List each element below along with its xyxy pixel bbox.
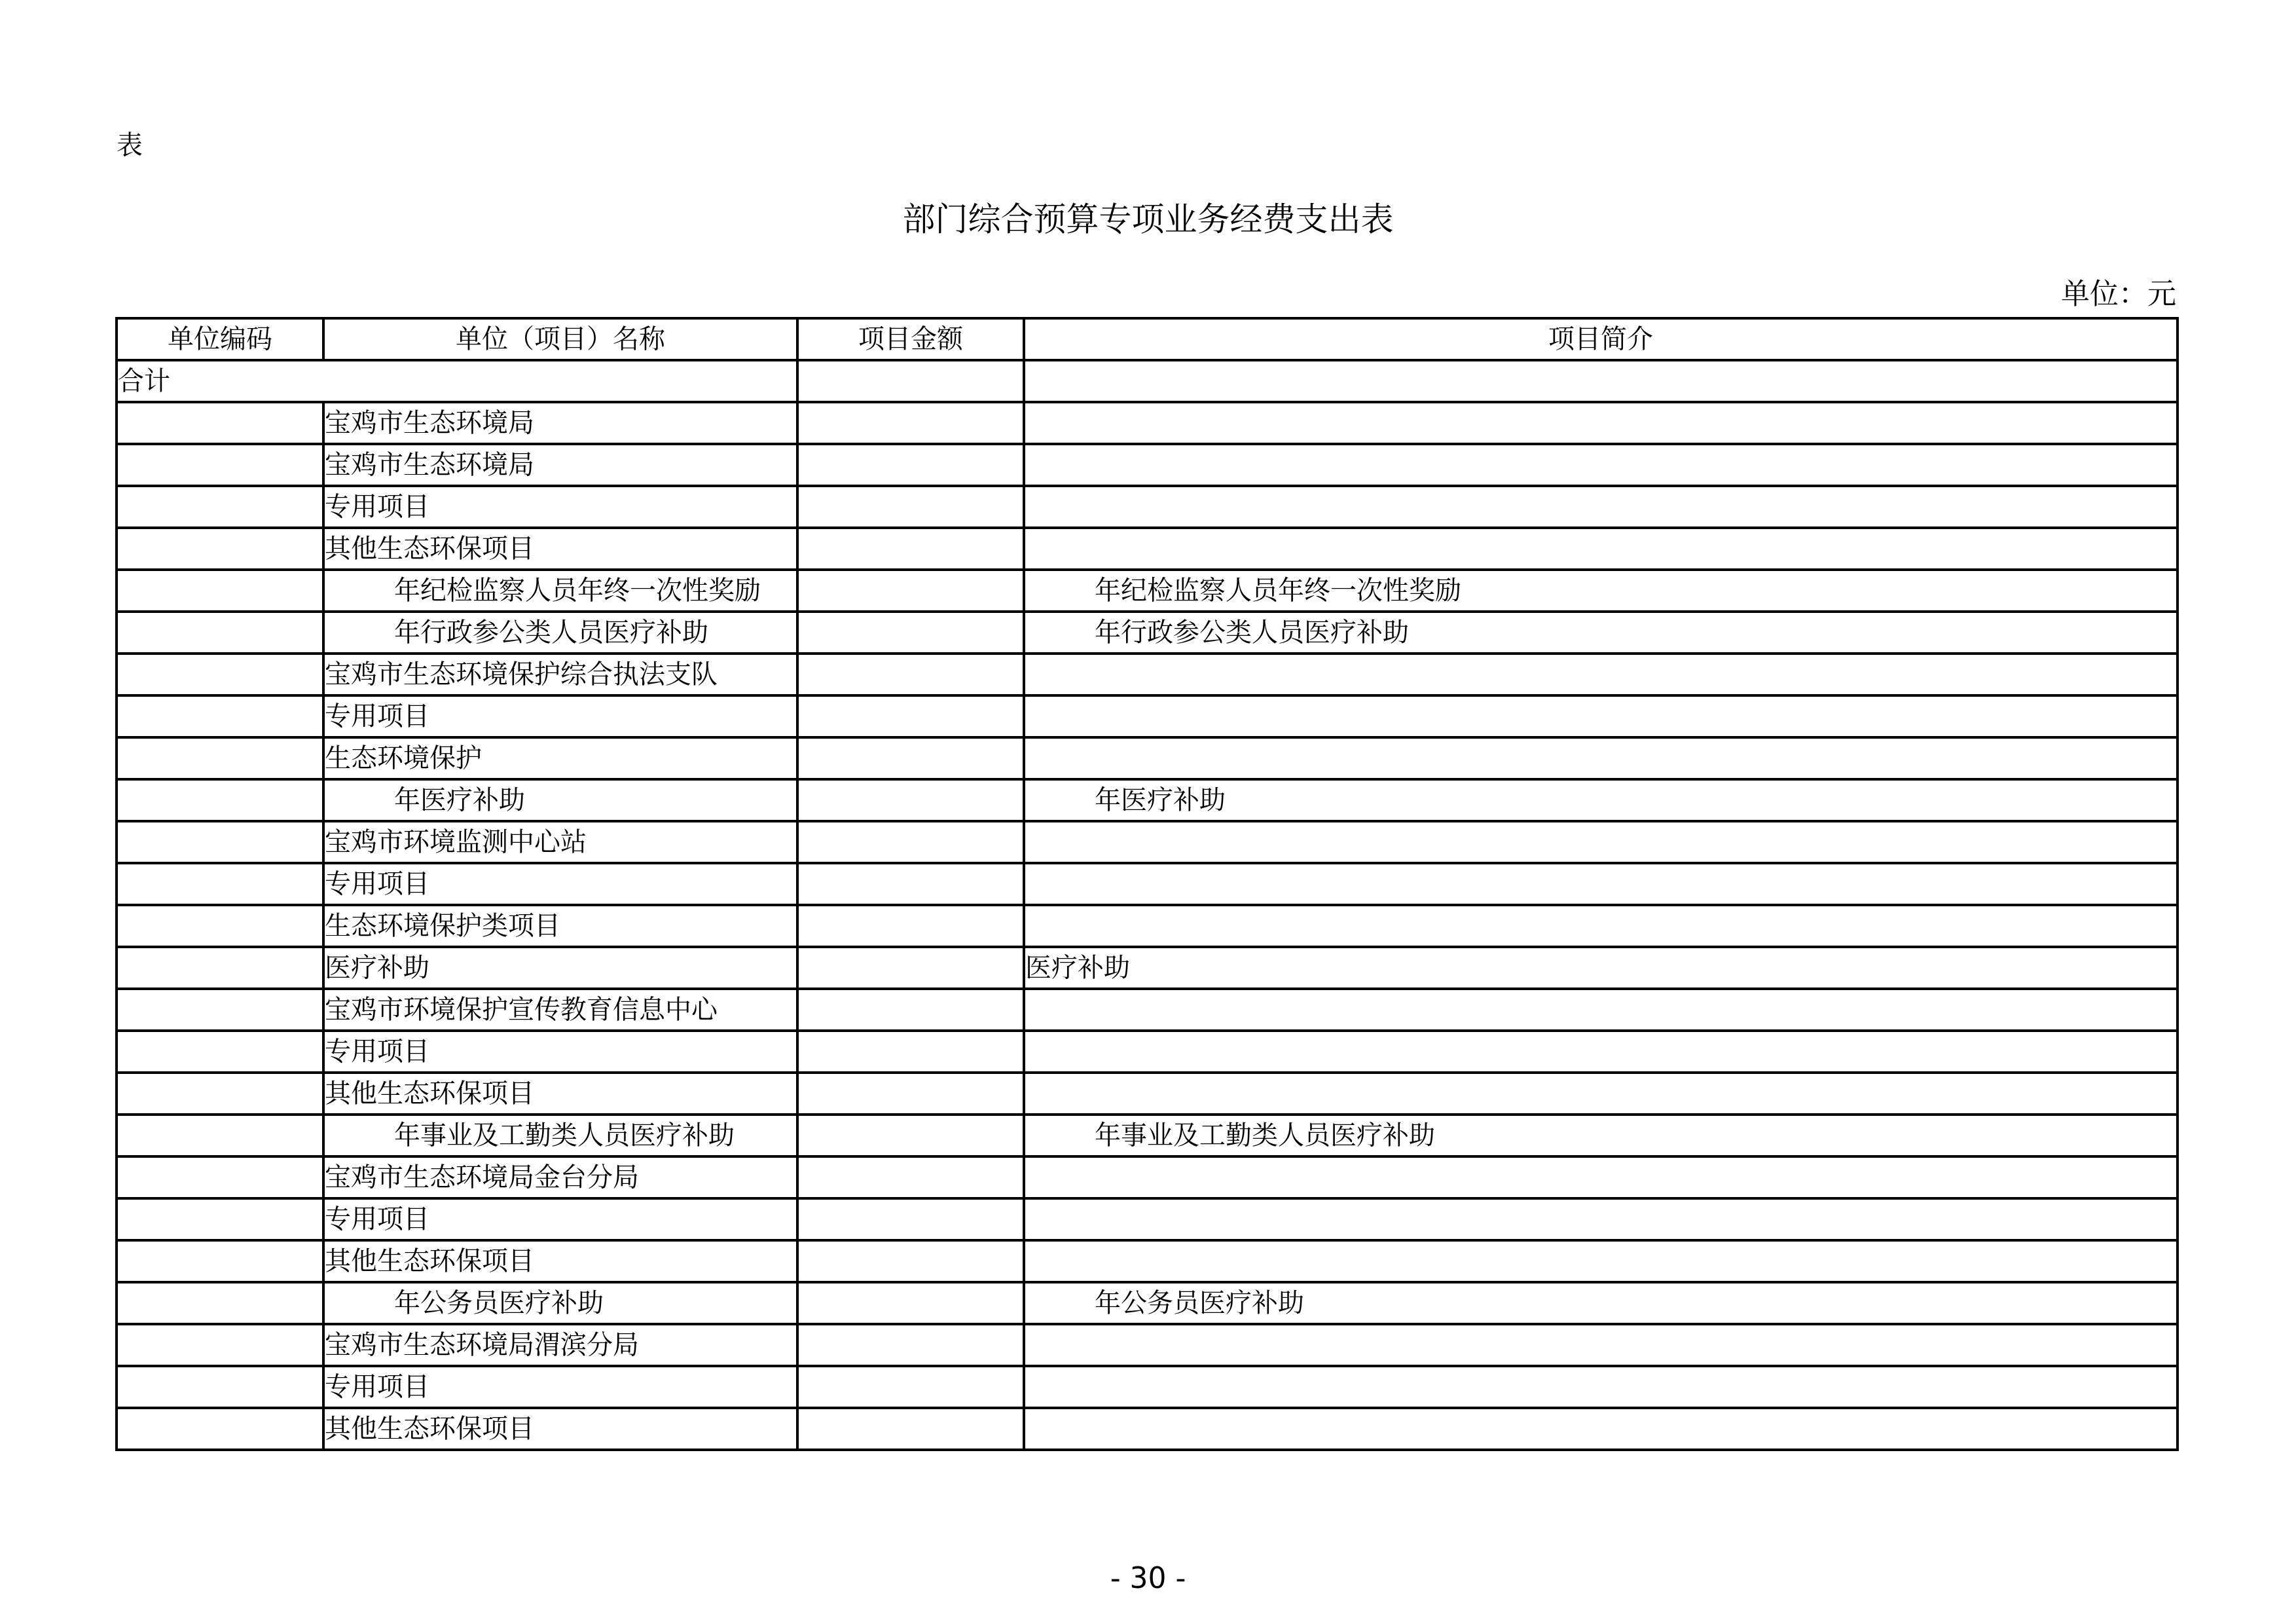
table-prefix-label: 表	[117, 131, 143, 160]
table-row: 宝鸡市生态环境局	[117, 402, 2178, 444]
unit-name-cell: 专用项目	[323, 695, 797, 737]
page-number: - 30 -	[0, 1562, 2296, 1595]
description-cell	[1024, 1240, 2178, 1282]
table-row: 年事业及工勤类人员医疗补助年事业及工勤类人员医疗补助	[117, 1115, 2178, 1156]
unit-code-cell	[117, 821, 323, 863]
unit-code-cell	[117, 947, 323, 989]
unit-name-cell: 专用项目	[323, 1366, 797, 1408]
unit-name-cell: 宝鸡市生态环境局	[323, 402, 797, 444]
unit-code-cell	[117, 1240, 323, 1282]
unit-code-cell	[117, 1031, 323, 1073]
unit-name-cell: 宝鸡市环境监测中心站	[323, 821, 797, 863]
amount-cell	[797, 1282, 1024, 1324]
description-cell: 年医疗补助	[1024, 779, 2178, 821]
description-cell	[1024, 989, 2178, 1031]
unit-code-cell	[117, 989, 323, 1031]
amount-cell	[797, 779, 1024, 821]
table-row: 年公务员医疗补助年公务员医疗补助	[117, 1282, 2178, 1324]
table-row: 其他生态环保项目	[117, 1073, 2178, 1115]
table-row: 专用项目	[117, 1366, 2178, 1408]
amount-cell	[797, 695, 1024, 737]
description-cell	[1024, 1408, 2178, 1450]
unit-name-cell: 年事业及工勤类人员医疗补助	[323, 1115, 797, 1156]
unit-code-cell	[117, 1282, 323, 1324]
amount-cell	[797, 737, 1024, 779]
unit-code-cell	[117, 1324, 323, 1366]
total-amount	[797, 360, 1024, 402]
unit-name-cell: 其他生态环保项目	[323, 1240, 797, 1282]
amount-cell	[797, 1198, 1024, 1240]
table-row: 专用项目	[117, 1198, 2178, 1240]
unit-name-cell: 专用项目	[323, 863, 797, 905]
unit-code-cell	[117, 1408, 323, 1450]
unit-name-cell: 宝鸡市环境保护宣传教育信息中心	[323, 989, 797, 1031]
unit-name-cell: 其他生态环保项目	[323, 528, 797, 570]
amount-cell	[797, 402, 1024, 444]
table-row: 专用项目	[117, 1031, 2178, 1073]
description-cell	[1024, 1031, 2178, 1073]
unit-code-cell	[117, 1366, 323, 1408]
amount-cell	[797, 570, 1024, 612]
budget-table: 单位编码 单位（项目）名称 项目金额 项目简介 合计 宝鸡市生态环境局宝鸡市生态…	[115, 317, 2179, 1451]
unit-name-cell: 宝鸡市生态环境局	[323, 444, 797, 486]
unit-code-cell	[117, 1198, 323, 1240]
description-cell	[1024, 1156, 2178, 1198]
description-cell: 年纪检监察人员年终一次性奖励	[1024, 570, 2178, 612]
description-cell	[1024, 1073, 2178, 1115]
unit-code-cell	[117, 905, 323, 947]
unit-name-cell: 宝鸡市生态环境局金台分局	[323, 1156, 797, 1198]
table-row: 年医疗补助年医疗补助	[117, 779, 2178, 821]
table-row: 宝鸡市环境监测中心站	[117, 821, 2178, 863]
description-cell: 年行政参公类人员医疗补助	[1024, 612, 2178, 654]
table-row: 宝鸡市环境保护宣传教育信息中心	[117, 989, 2178, 1031]
amount-cell	[797, 1115, 1024, 1156]
total-row: 合计	[117, 360, 2178, 402]
table-row: 其他生态环保项目	[117, 528, 2178, 570]
amount-cell	[797, 1408, 1024, 1450]
unit-name-cell: 医疗补助	[323, 947, 797, 989]
description-cell	[1024, 1366, 2178, 1408]
table-row: 宝鸡市生态环境局金台分局	[117, 1156, 2178, 1198]
table-row: 宝鸡市生态环境保护综合执法支队	[117, 654, 2178, 695]
unit-code-cell	[117, 486, 323, 528]
table-row: 生态环境保护类项目	[117, 905, 2178, 947]
table-row: 其他生态环保项目	[117, 1240, 2178, 1282]
unit-code-cell	[117, 695, 323, 737]
unit-code-cell	[117, 528, 323, 570]
table-row: 医疗补助医疗补助	[117, 947, 2178, 989]
unit-name-cell: 其他生态环保项目	[323, 1073, 797, 1115]
unit-code-cell	[117, 612, 323, 654]
unit-name-cell: 专用项目	[323, 486, 797, 528]
amount-cell	[797, 821, 1024, 863]
header-unit-name: 单位（项目）名称	[323, 318, 797, 360]
description-cell	[1024, 654, 2178, 695]
unit-code-cell	[117, 1156, 323, 1198]
unit-name-cell: 其他生态环保项目	[323, 1408, 797, 1450]
unit-name-cell: 年行政参公类人员医疗补助	[323, 612, 797, 654]
amount-cell	[797, 1324, 1024, 1366]
table-row: 专用项目	[117, 863, 2178, 905]
description-cell	[1024, 402, 2178, 444]
unit-name-cell: 宝鸡市生态环境局渭滨分局	[323, 1324, 797, 1366]
unit-code-cell	[117, 779, 323, 821]
table-header-row: 单位编码 单位（项目）名称 项目金额 项目简介	[117, 318, 2178, 360]
amount-cell	[797, 905, 1024, 947]
description-cell	[1024, 1324, 2178, 1366]
description-cell	[1024, 863, 2178, 905]
description-cell	[1024, 821, 2178, 863]
total-label: 合计	[117, 360, 797, 402]
amount-cell	[797, 612, 1024, 654]
table-row: 专用项目	[117, 486, 2178, 528]
unit-name-cell: 年医疗补助	[323, 779, 797, 821]
description-cell	[1024, 486, 2178, 528]
total-description	[1024, 360, 2178, 402]
amount-cell	[797, 1073, 1024, 1115]
unit-name-cell: 年公务员医疗补助	[323, 1282, 797, 1324]
description-cell: 年公务员医疗补助	[1024, 1282, 2178, 1324]
unit-name-cell: 宝鸡市生态环境保护综合执法支队	[323, 654, 797, 695]
table-row: 年行政参公类人员医疗补助年行政参公类人员医疗补助	[117, 612, 2178, 654]
amount-cell	[797, 1156, 1024, 1198]
unit-name-cell: 专用项目	[323, 1031, 797, 1073]
description-cell	[1024, 1198, 2178, 1240]
unit-code-cell	[117, 737, 323, 779]
unit-code-cell	[117, 654, 323, 695]
header-description: 项目简介	[1024, 318, 2178, 360]
page-title: 部门综合预算专项业务经费支出表	[0, 200, 2296, 239]
description-cell	[1024, 905, 2178, 947]
amount-cell	[797, 654, 1024, 695]
unit-code-cell	[117, 1073, 323, 1115]
header-unit-code: 单位编码	[117, 318, 323, 360]
table-row: 生态环境保护	[117, 737, 2178, 779]
table-row: 专用项目	[117, 695, 2178, 737]
unit-name-cell: 生态环境保护类项目	[323, 905, 797, 947]
unit-code-cell	[117, 444, 323, 486]
amount-cell	[797, 1240, 1024, 1282]
unit-name-cell: 生态环境保护	[323, 737, 797, 779]
amount-cell	[797, 444, 1024, 486]
description-cell	[1024, 528, 2178, 570]
amount-cell	[797, 1031, 1024, 1073]
amount-cell	[797, 989, 1024, 1031]
amount-cell	[797, 1366, 1024, 1408]
unit-label: 单位：元	[2061, 276, 2176, 313]
description-cell	[1024, 737, 2178, 779]
amount-cell	[797, 486, 1024, 528]
table-row: 宝鸡市生态环境局渭滨分局	[117, 1324, 2178, 1366]
description-cell: 医疗补助	[1024, 947, 2178, 989]
description-cell	[1024, 695, 2178, 737]
table-row: 其他生态环保项目	[117, 1408, 2178, 1450]
amount-cell	[797, 528, 1024, 570]
unit-code-cell	[117, 863, 323, 905]
amount-cell	[797, 863, 1024, 905]
unit-code-cell	[117, 1115, 323, 1156]
description-cell	[1024, 444, 2178, 486]
table-row: 年纪检监察人员年终一次性奖励年纪检监察人员年终一次性奖励	[117, 570, 2178, 612]
unit-code-cell	[117, 570, 323, 612]
unit-name-cell: 年纪检监察人员年终一次性奖励	[323, 570, 797, 612]
amount-cell	[797, 947, 1024, 989]
table-row: 宝鸡市生态环境局	[117, 444, 2178, 486]
unit-name-cell: 专用项目	[323, 1198, 797, 1240]
description-cell: 年事业及工勤类人员医疗补助	[1024, 1115, 2178, 1156]
header-amount: 项目金额	[797, 318, 1024, 360]
unit-code-cell	[117, 402, 323, 444]
